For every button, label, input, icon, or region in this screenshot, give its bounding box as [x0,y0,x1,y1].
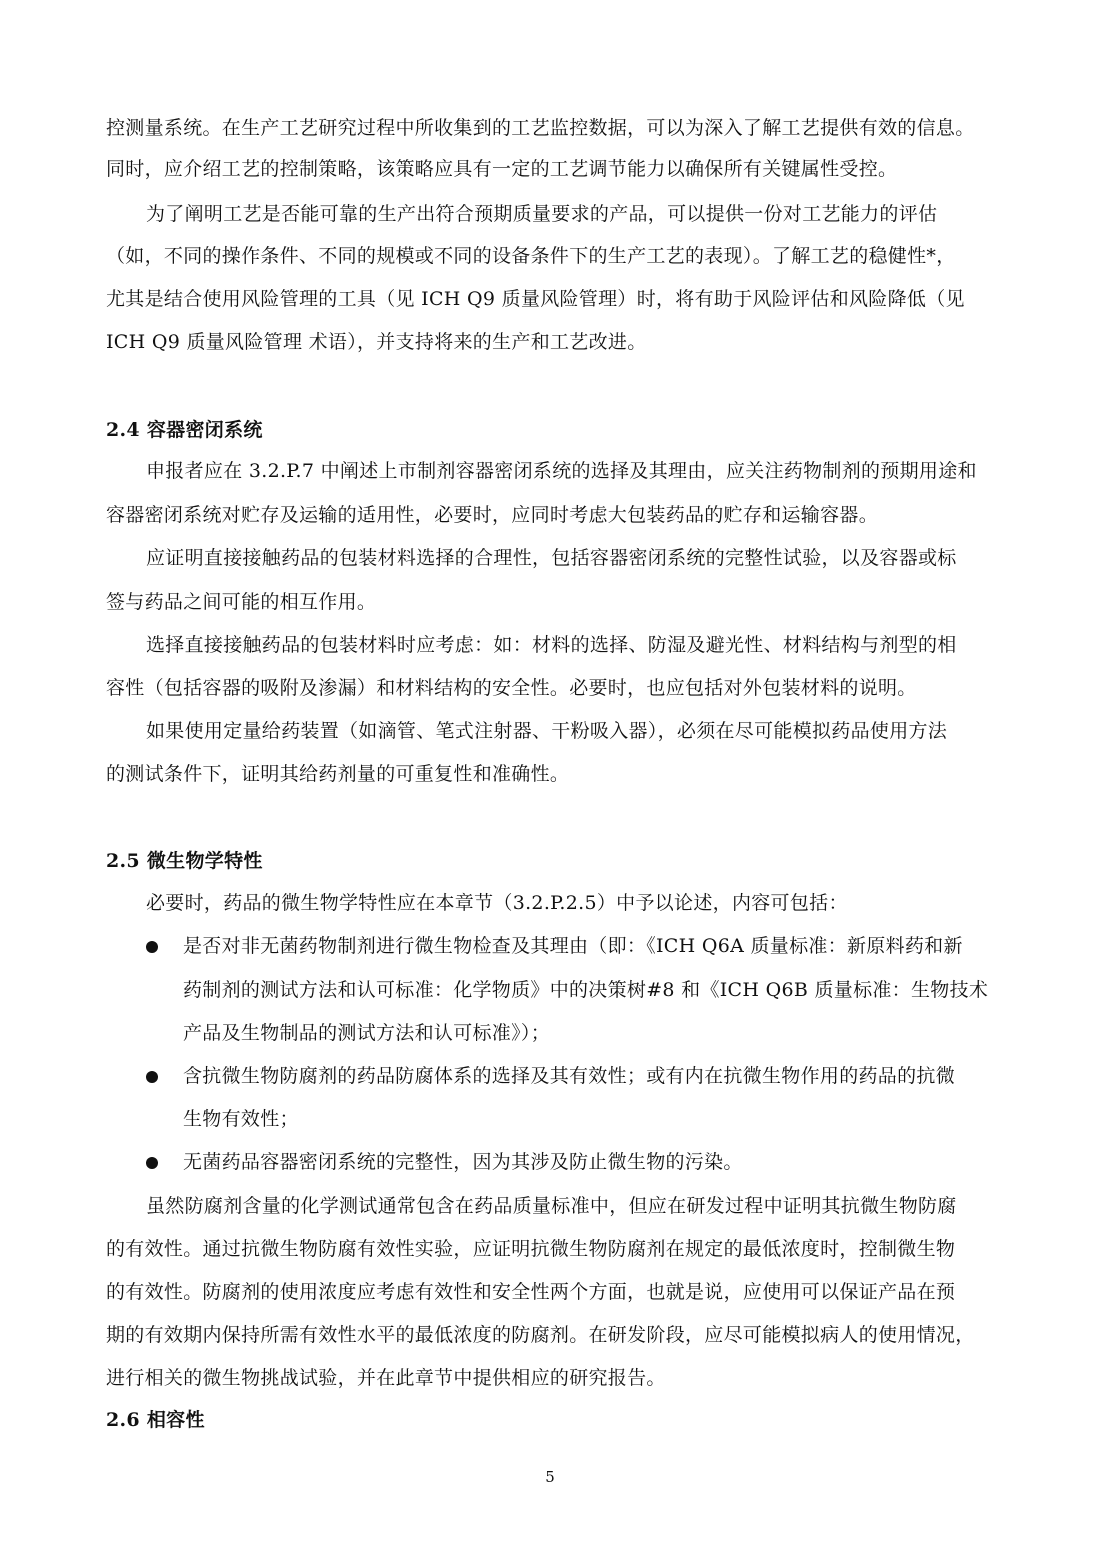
paragraph-line: 尤其是结合使用风险管理的工具（见 ICH Q9 质量风险管理）时，将有助于风险评… [106,287,965,311]
paragraph-line: 容器密闭系统对贮存及运输的适用性，必要时，应同时考虑大包装药品的贮存和运输容器。 [106,503,878,527]
paragraph-line: 控测量系统。在生产工艺研究过程中所收集到的工艺监控数据，可以为深入了解工艺提供有… [106,116,975,140]
paragraph-line: 的有效性。防腐剂的使用浓度应考虑有效性和安全性两个方面，也就是说，应使用可以保证… [106,1280,955,1304]
section-heading-2-4: 2.4 容器密闭系统 [106,418,263,442]
paragraph-line: 必要时，药品的微生物学特性应在本章节（3.2.P.2.5）中予以论述，内容可包括… [146,891,848,915]
list-item-line: 药制剂的测试方法和认可标准：化学物质》中的决策树#8 和《ICH Q6B 质量标… [183,978,988,1002]
list-item-line: 含抗微生物防腐剂的药品防腐体系的选择及其有效性；或有内在抗微生物作用的药品的抗微 [183,1064,955,1088]
paragraph-line: 选择直接接触药品的包装材料时应考虑：如：材料的选择、防湿及避光性、材料结构与剂型… [146,633,957,657]
paragraph-line: （如，不同的操作条件、不同的规模或不同的设备条件下的生产工艺的表现）。了解工艺的… [106,244,956,268]
bullet-icon [146,941,158,953]
paragraph-line: 的有效性。通过抗微生物防腐有效性实验，应证明抗微生物防腐剂在规定的最低浓度时，控… [106,1237,955,1261]
paragraph-line: 同时，应介绍工艺的控制策略，该策略应具有一定的工艺调节能力以确保所有关键属性受控… [106,157,897,181]
list-item-line: 生物有效性； [183,1107,299,1131]
section-heading-2-6: 2.6 相容性 [106,1408,205,1432]
paragraph-line: 为了阐明工艺是否能可靠的生产出符合预期质量要求的产品，可以提供一份对工艺能力的评… [146,202,937,226]
paragraph-line: 应证明直接接触药品的包装材料选择的合理性，包括容器密闭系统的完整性试验，以及容器… [146,546,957,570]
paragraph-line: 如果使用定量给药装置（如滴管、笔式注射器、干粉吸入器），必须在尽可能模拟药品使用… [146,719,947,743]
paragraph-line: 期的有效期内保持所需有效性水平的最低浓度的防腐剂。在研发阶段，应尽可能模拟病人的… [106,1323,975,1347]
list-item-line: 是否对非无菌药物制剂进行微生物检查及其理由（即：《ICH Q6A 质量标准：新原… [183,934,963,958]
bullet-icon [146,1157,158,1169]
paragraph-line: 的测试条件下，证明其给药剂量的可重复性和准确性。 [106,762,569,786]
paragraph-line: 签与药品之间可能的相互作用。 [106,590,376,614]
page-number: 5 [0,1468,1100,1486]
paragraph-line: 容性（包括容器的吸附及渗漏）和材料结构的安全性。必要时，也应包括对外包装材料的说… [106,676,917,700]
list-item-line: 无菌药品容器密闭系统的完整性，因为其涉及防止微生物的污染。 [183,1150,743,1174]
list-item-line: 产品及生物制品的测试方法和认可标准》）； [183,1021,550,1045]
section-heading-2-5: 2.5 微生物学特性 [106,849,263,873]
bullet-icon [146,1071,158,1083]
paragraph-line: 虽然防腐剂含量的化学测试通常包含在药品质量标准中，但应在研发过程中证明其抗微生物… [146,1194,957,1218]
paragraph-line: 申报者应在 3.2.P.7 中阐述上市制剂容器密闭系统的选择及其理由，应关注药物… [146,459,977,483]
paragraph-line: ICH Q9 质量风险管理 术语），并支持将来的生产和工艺改进。 [106,330,647,354]
paragraph-line: 进行相关的微生物挑战试验，并在此章节中提供相应的研究报告。 [106,1366,666,1390]
